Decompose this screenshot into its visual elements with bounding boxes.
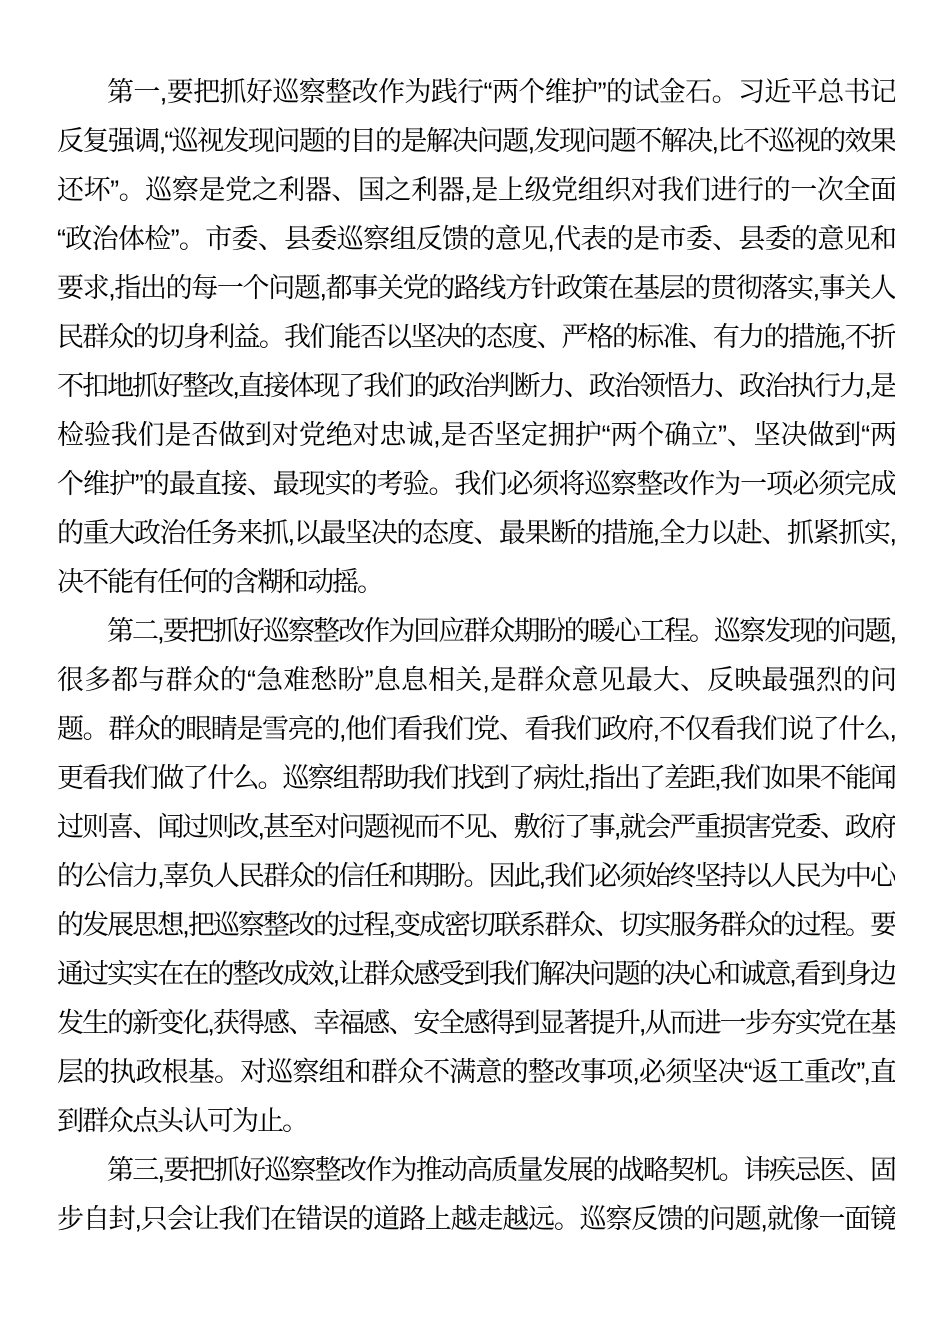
text-line: 反复强调,“巡视发现问题的目的是解决问题,发现问题不解决,比不巡视的效果	[57, 117, 895, 166]
text-line: 通过实实在在的整改成效,让群众感受到我们解决问题的决心和诚意,看到身边	[57, 950, 895, 999]
text-line: 发生的新变化,获得感、幸福感、安全感得到显著提升,从而进一步夯实党在基	[57, 999, 895, 1048]
text-line: 不扣地抓好整改,直接体现了我们的政治判断力、政治领悟力、政治执行力,是	[57, 362, 895, 411]
text-line: 过则喜、闻过则改,甚至对问题视而不见、敷衍了事,就会严重损害党委、政府	[57, 803, 895, 852]
text-line: 还坏”。巡察是党之利器、国之利器,是上级党组织对我们进行的一次全面	[57, 166, 895, 215]
paragraph: 第二,要把抓好巡察整改作为回应群众期盼的暖心工程。巡察发现的问题,很多都与群众的…	[57, 607, 895, 1146]
paragraph: 第一,要把抓好巡察整改作为践行“两个维护”的试金石。习近平总书记反复强调,“巡视…	[57, 68, 895, 607]
paragraph: 第三,要把抓好巡察整改作为推动高质量发展的战略契机。讳疾忌医、固步自封,只会让我…	[57, 1146, 895, 1244]
text-line: 决不能有任何的含糊和动摇。	[57, 558, 895, 607]
text-line: 的发展思想,把巡察整改的过程,变成密切联系群众、切实服务群众的过程。要	[57, 901, 895, 950]
text-line: 第二,要把抓好巡察整改作为回应群众期盼的暖心工程。巡察发现的问题,	[57, 607, 895, 656]
text-line: 题。群众的眼睛是雪亮的,他们看我们党、看我们政府,不仅看我们说了什么,	[57, 705, 895, 754]
text-line: 检验我们是否做到对党绝对忠诚,是否坚定拥护“两个确立”、坚决做到“两	[57, 411, 895, 460]
text-line: 更看我们做了什么。巡察组帮助我们找到了病灶,指出了差距,我们如果不能闻	[57, 754, 895, 803]
text-line: 第三,要把抓好巡察整改作为推动高质量发展的战略契机。讳疾忌医、固	[57, 1146, 895, 1195]
text-line: 很多都与群众的“急难愁盼”息息相关,是群众意见最大、反映最强烈的问	[57, 656, 895, 705]
document-page: 第一,要把抓好巡察整改作为践行“两个维护”的试金石。习近平总书记反复强调,“巡视…	[0, 0, 950, 1344]
text-line: 个维护”的最直接、最现实的考验。我们必须将巡察整改作为一项必须完成	[57, 460, 895, 509]
text-line: 的公信力,辜负人民群众的信任和期盼。因此,我们必须始终坚持以人民为中心	[57, 852, 895, 901]
text-line: 的重大政治任务来抓,以最坚决的态度、最果断的措施,全力以赴、抓紧抓实,	[57, 509, 895, 558]
text-line: 要求,指出的每一个问题,都事关党的路线方针政策在基层的贯彻落实,事关人	[57, 264, 895, 313]
text-line: 民群众的切身利益。我们能否以坚决的态度、严格的标准、有力的措施,不折	[57, 313, 895, 362]
text-line: 第一,要把抓好巡察整改作为践行“两个维护”的试金石。习近平总书记	[57, 68, 895, 117]
text-line: 到群众点头认可为止。	[57, 1097, 895, 1146]
text-line: 层的执政根基。对巡察组和群众不满意的整改事项,必须坚决“返工重改”,直	[57, 1048, 895, 1097]
text-line: “政治体检”。市委、县委巡察组反馈的意见,代表的是市委、县委的意见和	[57, 215, 895, 264]
text-line: 步自封,只会让我们在错误的道路上越走越远。巡察反馈的问题,就像一面镜	[57, 1195, 895, 1244]
document-body: 第一,要把抓好巡察整改作为践行“两个维护”的试金石。习近平总书记反复强调,“巡视…	[57, 68, 895, 1244]
